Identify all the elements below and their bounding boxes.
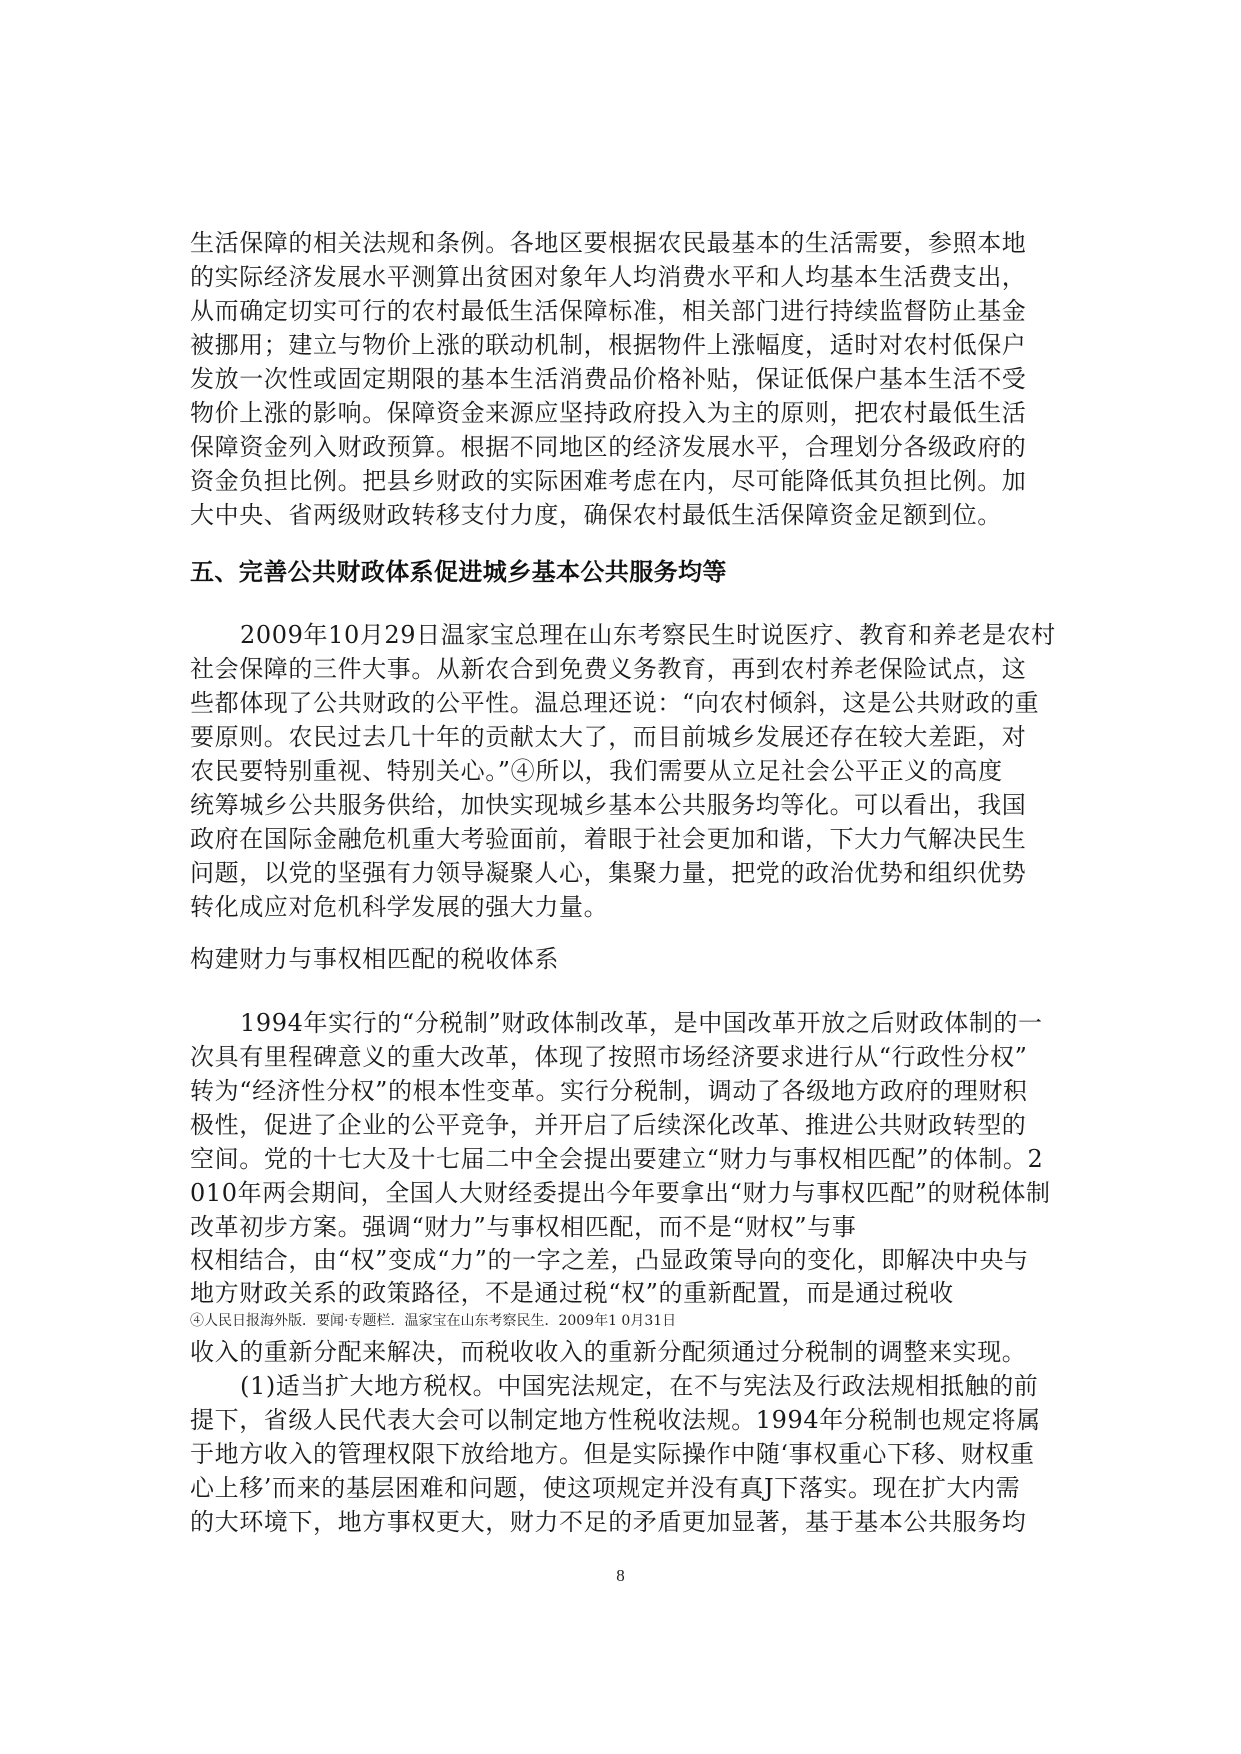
text-line: 政府在国际金融危机重大考验面前，着眼于社会更加和谐，下大力气解决民生 [190, 825, 1040, 853]
text-line: 转化成应对危机科学发展的强大力量。 [190, 893, 1040, 921]
text-line: 农民要特别重视、特别关心。”④所以，我们需要从立足社会公平正义的高度 [190, 757, 1040, 785]
text-line: 物价上涨的影响。保障资金来源应坚持政府投入为主的原则，把农村最低生活 [190, 399, 1040, 427]
text-line: 极性，促进了企业的公平竞争，并开启了后续深化改革、推进公共财政转型的 [190, 1111, 1040, 1139]
text-line: 改革初步方案。强调“财力”与事权相匹配，而不是“财权”与事 [190, 1213, 1040, 1241]
text-line: 社会保障的三件大事。从新农合到免费义务教育，再到农村养老保险试点，这 [190, 655, 1040, 683]
text-line: 问题，以党的坚强有力领导凝聚人心，集聚力量，把党的政治优势和组织优势 [190, 859, 1040, 887]
section-heading: 五、完善公共财政体系促进城乡基本公共服务均等 [190, 558, 727, 586]
text-line: 次具有里程碑意义的重大改革，体现了按照市场经济要求进行从“行政性分权” [190, 1043, 1040, 1071]
text-line: 资金负担比例。把县乡财政的实际困难考虑在内，尽可能降低其负担比例。加 [190, 467, 1040, 495]
text-line: 要原则。农民过去几十年的贡献太大了，而目前城乡发展还存在较大差距，对 [190, 723, 1040, 751]
text-line: 转为“经济性分权”的根本性变革。实行分税制，调动了各级地方政府的理财积 [190, 1077, 1040, 1105]
subsection-heading: 构建财力与事权相匹配的税收体系 [190, 945, 559, 973]
text-line: 些都体现了公共财政的公平性。温总理还说：“向农村倾斜，这是公共财政的重 [190, 689, 1040, 717]
text-line: 于地方收入的管理权限下放给地方。但是实际操作中随‘事权重心下移、财权重 [190, 1440, 1040, 1468]
text-line: 收入的重新分配来解决，而税收收入的重新分配须通过分税制的调整来实现。 [190, 1338, 1040, 1366]
page-number: 8 [0, 1566, 1241, 1586]
text-line: 发放一次性或固定期限的基本生活消费品价格补贴，保证低保户基本生活不受 [190, 365, 1040, 393]
document-page: 生活保障的相关法规和条例。各地区要根据农民最基本的生活需要，参照本地 的实际经济… [0, 0, 1241, 1754]
text-line: 保障资金列入财政预算。根据不同地区的经济发展水平，合理划分各级政府的 [190, 433, 1040, 461]
text-line: 提下，省级人民代表大会可以制定地方性税收法规。1994年分税制也规定将属 [190, 1406, 1040, 1434]
text-line: 的实际经济发展水平测算出贫困对象年人均消费水平和人均基本生活费支出， [190, 263, 1040, 291]
text-line: 的大环境下，地方事权更大，财力不足的矛盾更加显著，基于基本公共服务均 [190, 1508, 1040, 1536]
text-line: (1)适当扩大地方税权。中国宪法规定，在不与宪法及行政法规相抵触的前 [240, 1372, 1040, 1400]
text-line: 空间。党的十七大及十七届二中全会提出要建立“财力与事权相匹配”的体制。2 [190, 1145, 1040, 1173]
text-line: 2009年10月29日温家宝总理在山东考察民生时说医疗、教育和养老是农村 [240, 621, 1040, 649]
text-line: 生活保障的相关法规和条例。各地区要根据农民最基本的生活需要，参照本地 [190, 229, 1040, 257]
footnote: ④人民日报海外版．要闻·专题栏．温家宝在山东考察民生．2009年1 0月31日 [190, 1312, 676, 1330]
text-line: 权相结合，由“权”变成“力”的一字之差，凸显政策导向的变化，即解决中央与 [190, 1246, 1040, 1274]
text-line: 心上移’而来的基层困难和问题，使这项规定并没有真J下落实。现在扩大内需 [190, 1474, 1040, 1502]
text-line: 大中央、省两级财政转移支付力度，确保农村最低生活保障资金足额到位。 [190, 501, 1040, 529]
text-line: 1994年实行的“分税制”财政体制改革，是中国改革开放之后财政体制的一 [240, 1009, 1040, 1037]
text-line: 统筹城乡公共服务供给，加快实现城乡基本公共服务均等化。可以看出，我国 [190, 791, 1040, 819]
text-line: 地方财政关系的政策路径，不是通过税“权”的重新配置，而是通过税收 [190, 1279, 1040, 1307]
text-line: 从而确定切实可行的农村最低生活保障标准，相关部门进行持续监督防止基金 [190, 297, 1040, 325]
text-line: 被挪用；建立与物价上涨的联动机制，根据物件上涨幅度，适时对农村低保户 [190, 331, 1040, 359]
text-line: 010年两会期间，全国人大财经委提出今年要拿出“财力与事权匹配”的财税体制 [190, 1179, 1040, 1207]
